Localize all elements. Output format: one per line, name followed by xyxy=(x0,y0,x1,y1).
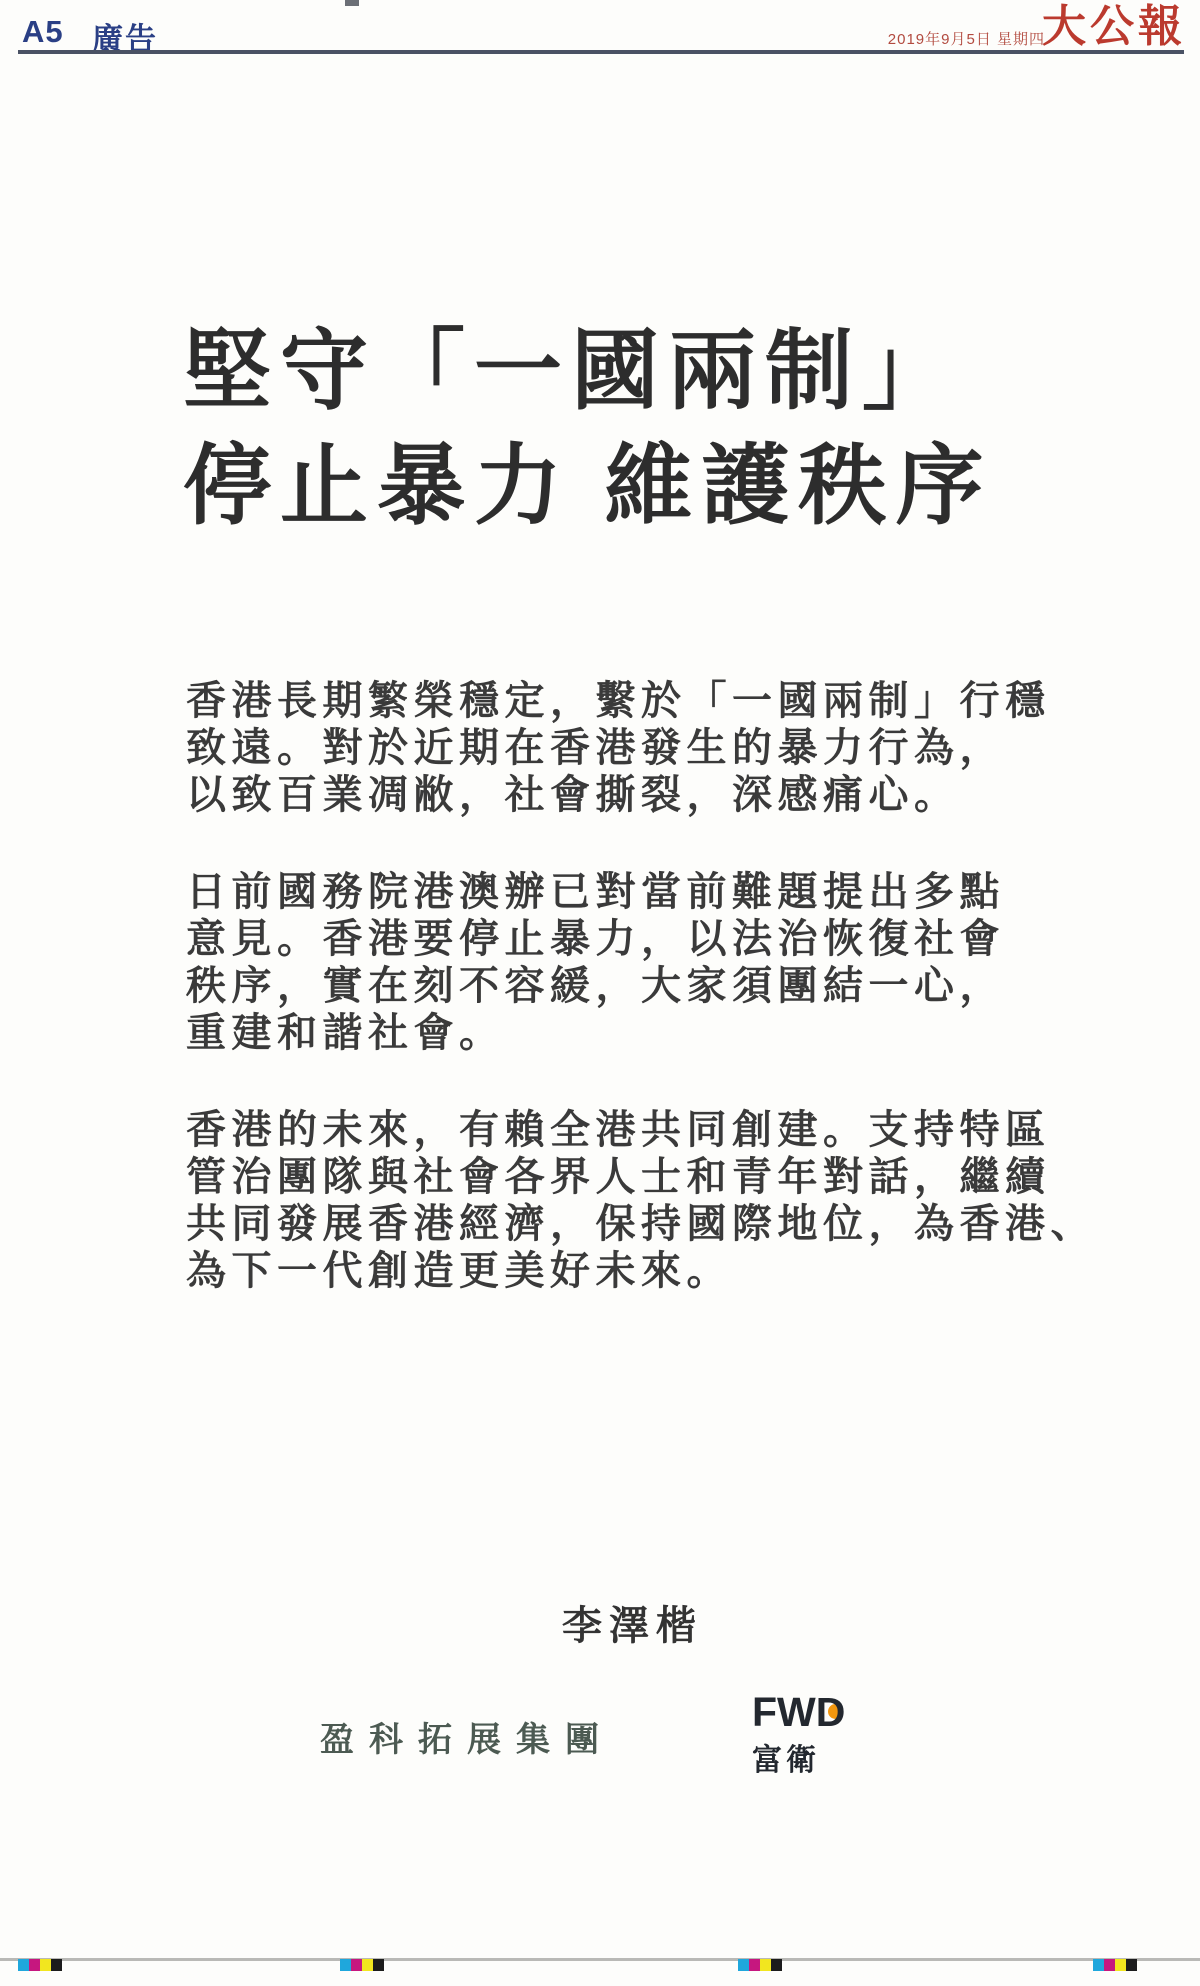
body-line: 秩序，實在刻不容緩，大家須團結一心， xyxy=(186,963,1096,1010)
pacific-century-group-logo: 盈科拓展集團 xyxy=(320,1712,614,1761)
black-registration-swatch xyxy=(373,1959,384,1971)
cyan-registration-swatch xyxy=(340,1959,351,1971)
cyan-registration-swatch xyxy=(738,1959,749,1971)
newspaper-masthead-logo: 大公報 xyxy=(1042,4,1186,50)
magenta-registration-swatch xyxy=(29,1959,40,1971)
signature-name: 李澤楷 xyxy=(562,1594,703,1651)
magenta-registration-swatch xyxy=(749,1959,760,1971)
black-registration-swatch xyxy=(771,1959,782,1971)
magenta-registration-swatch xyxy=(351,1959,362,1971)
black-registration-swatch xyxy=(51,1959,62,1971)
fwd-letter-d-glyph: D xyxy=(816,1689,846,1735)
paragraph-3: 香港的未來，有賴全港共同創建。支持特區 管治團隊與社會各界人士和青年對話，繼續 … xyxy=(186,1107,1096,1295)
fwd-chinese-name: 富衛 xyxy=(752,1735,845,1779)
body-line: 意見。香港要停止暴力，以法治恢復社會 xyxy=(186,916,1096,963)
body-line: 管治團隊與社會各界人士和青年對話，繼續 xyxy=(186,1154,1096,1201)
body-line: 致遠。對於近期在香港發生的暴力行為， xyxy=(186,725,1096,772)
top-registration-mark xyxy=(345,0,359,6)
header-divider xyxy=(18,50,1184,54)
paragraph-2: 日前國務院港澳辦已對當前難題提出多點 意見。香港要停止暴力，以法治恢復社會 秩序… xyxy=(186,869,1096,1057)
yellow-registration-swatch xyxy=(40,1959,51,1971)
fwd-logo: FWD 富衛 xyxy=(752,1692,845,1779)
body-line: 以致百業凋敝，社會撕裂，深感痛心。 xyxy=(186,772,1096,819)
yellow-registration-swatch xyxy=(1115,1959,1126,1971)
registration-marks-group xyxy=(18,1959,62,1971)
yellow-registration-swatch xyxy=(760,1959,771,1971)
body-line: 重建和諧社會。 xyxy=(186,1010,1096,1057)
body-line: 香港的未來，有賴全港共同創建。支持特區 xyxy=(186,1107,1096,1154)
registration-marks-group xyxy=(340,1959,384,1971)
body-line: 日前國務院港澳辦已對當前難題提出多點 xyxy=(186,869,1096,916)
paragraph-1: 香港長期繁榮穩定，繫於「一國兩制」行穩 致遠。對於近期在香港發生的暴力行為， 以… xyxy=(186,678,1096,819)
headline-line-2: 停止暴力 維護秩序 xyxy=(183,428,992,543)
body-line: 香港長期繁榮穩定，繫於「一國兩制」行穩 xyxy=(186,678,1096,725)
headline-line-1: 堅守「一國兩制」 xyxy=(183,313,992,428)
registration-marks-group xyxy=(1093,1959,1137,1971)
newspaper-page: A5 廣告 2019年9月5日 星期四 大公報 堅守「一國兩制」 停止暴力 維護… xyxy=(0,0,1200,1986)
registration-marks-group xyxy=(738,1959,782,1971)
ad-body: 香港長期繁榮穩定，繫於「一國兩制」行穩 致遠。對於近期在香港發生的暴力行為， 以… xyxy=(186,678,1096,1345)
ad-headline: 堅守「一國兩制」 停止暴力 維護秩序 xyxy=(183,313,992,543)
body-line: 為下一代創造更美好未來。 xyxy=(186,1248,1096,1295)
fwd-letter-d: D xyxy=(816,1692,846,1732)
body-line: 共同發展香港經濟，保持國際地位，為香港、 xyxy=(186,1201,1096,1248)
fwd-letters-fw: FW xyxy=(752,1689,816,1735)
cyan-registration-swatch xyxy=(18,1959,29,1971)
yellow-registration-swatch xyxy=(362,1959,373,1971)
black-registration-swatch xyxy=(1126,1959,1137,1971)
cyan-registration-swatch xyxy=(1093,1959,1104,1971)
date-line: 2019年9月5日 星期四 xyxy=(888,28,1045,49)
fwd-wordmark: FWD xyxy=(752,1692,845,1732)
page-number: A5 xyxy=(22,14,64,50)
magenta-registration-swatch xyxy=(1104,1959,1115,1971)
bottom-divider xyxy=(0,1958,1200,1961)
